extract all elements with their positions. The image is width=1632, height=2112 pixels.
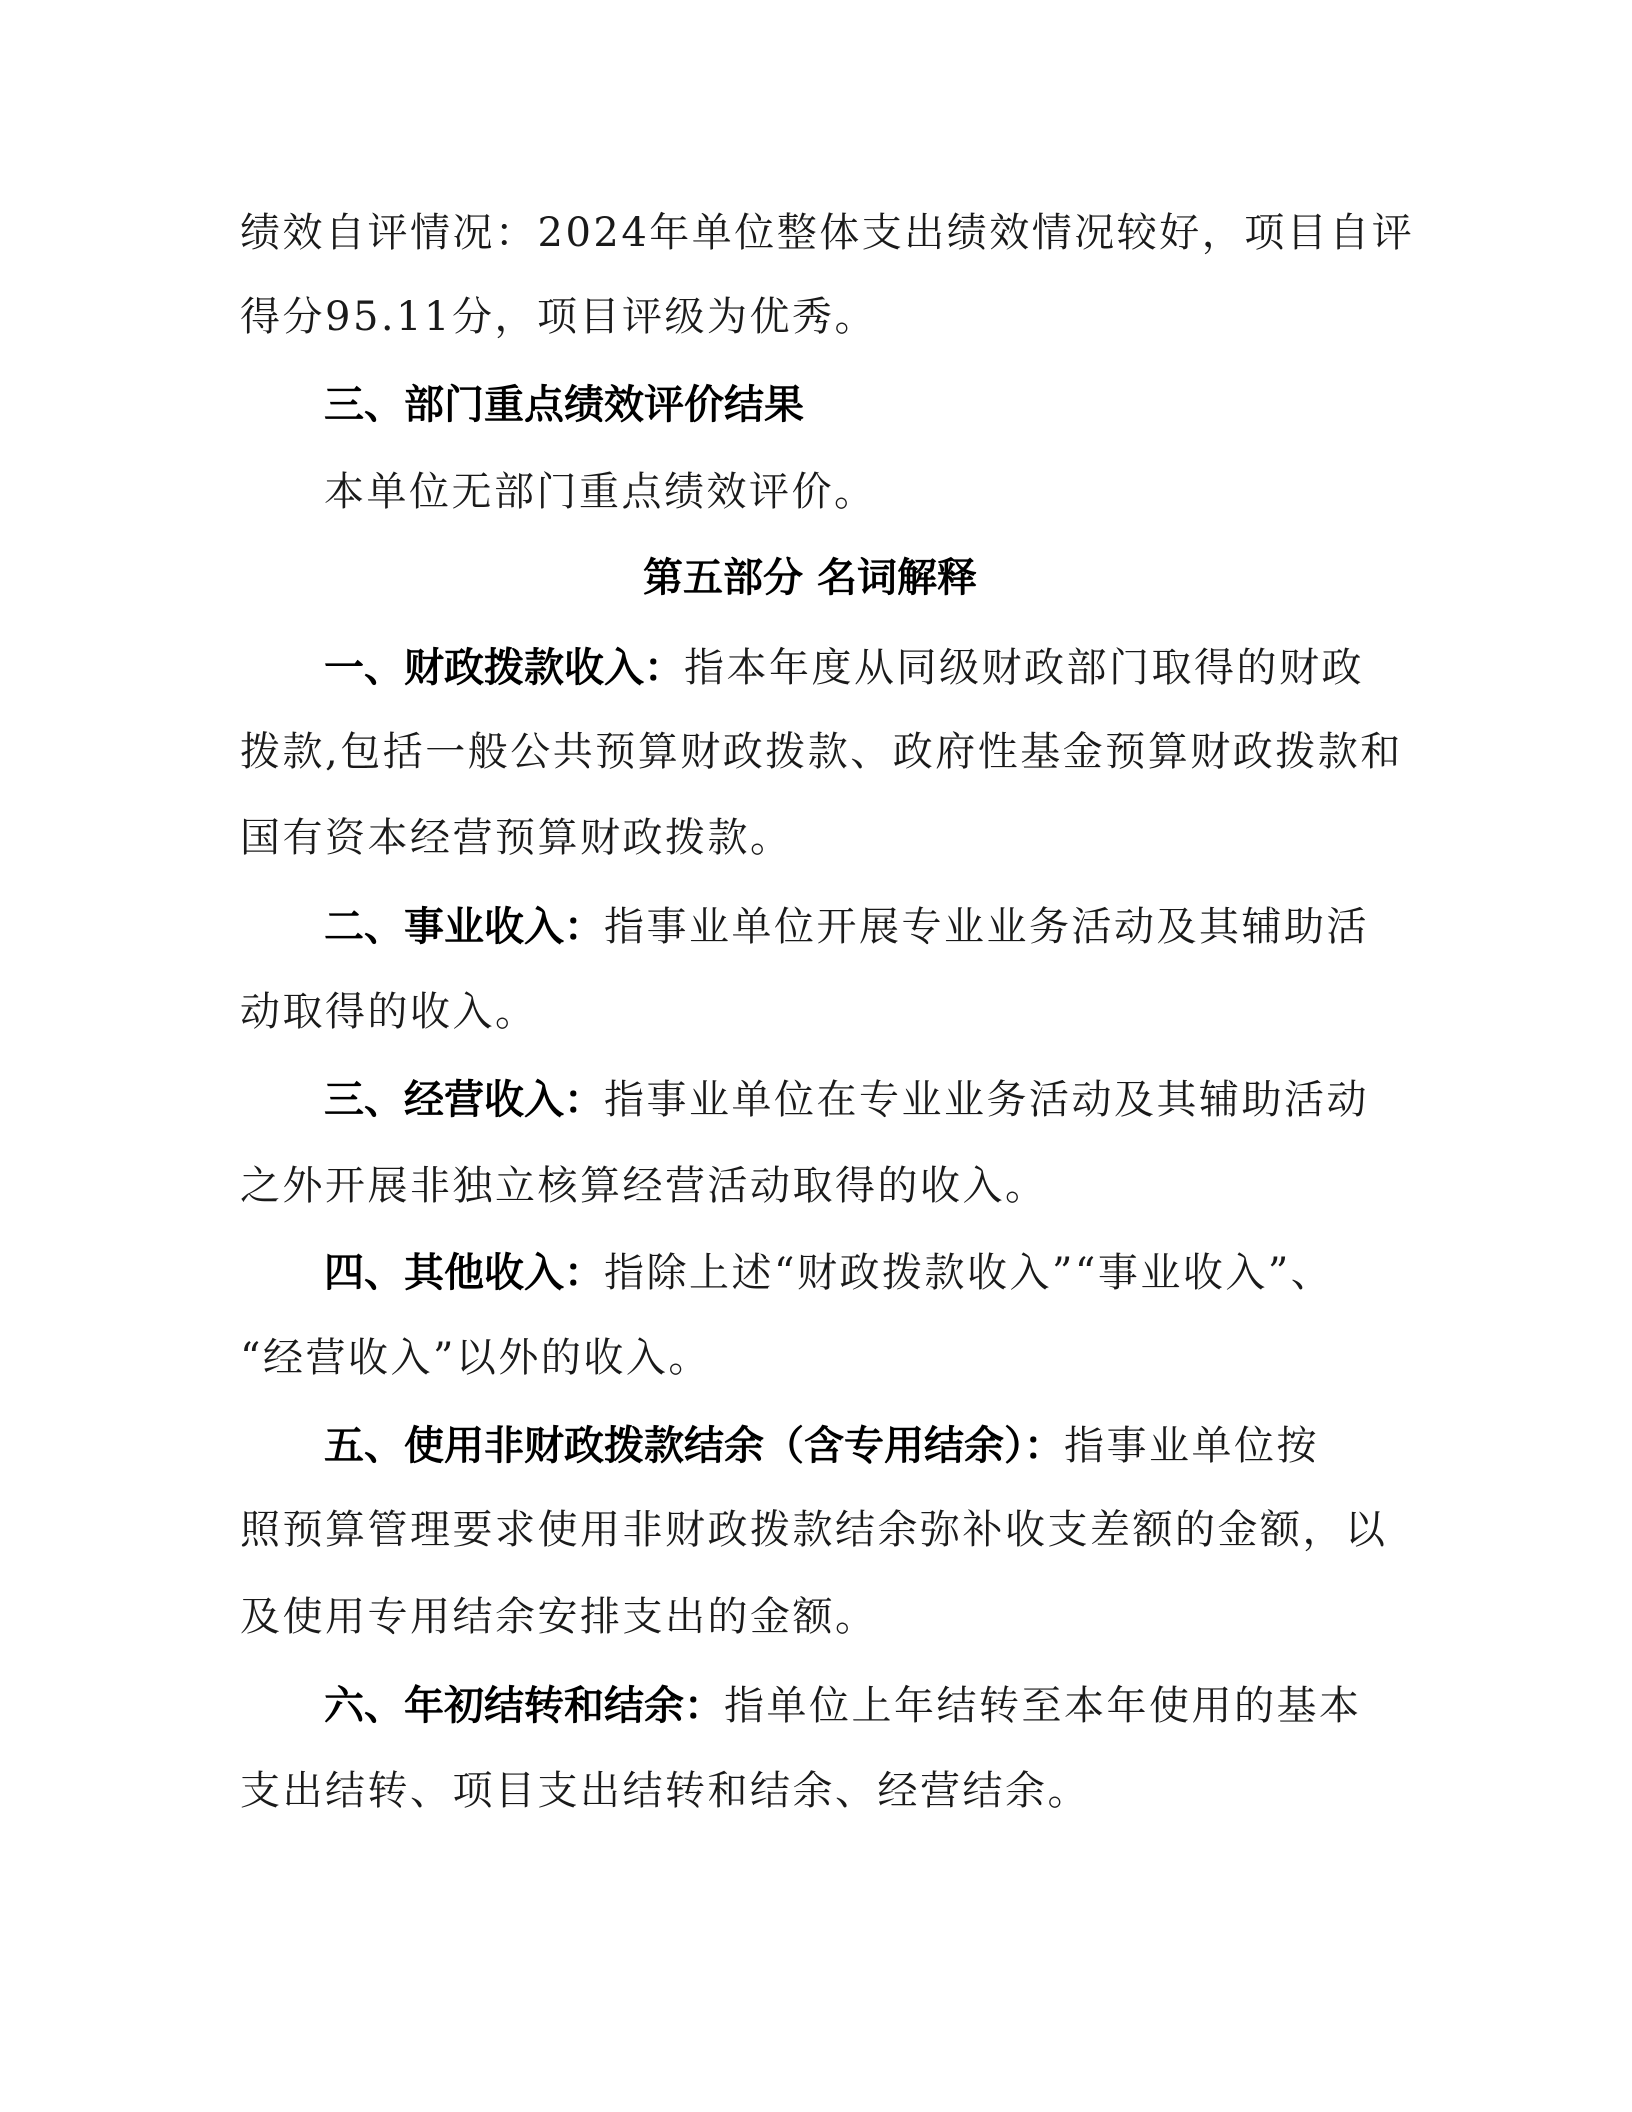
section-3-body: 本单位无部门重点绩效评价。 bbox=[324, 464, 877, 520]
term-text: 指除上述“财政拨款收入”“事业收入”、 bbox=[604, 1250, 1333, 1296]
term-item-5-line-3: 及使用专用结余安排支出的金额。 bbox=[240, 1589, 878, 1645]
term-text: 指事业单位在专业业务活动及其辅助活动 bbox=[604, 1077, 1369, 1123]
term-item-1-line-2: 拨款,包括一般公共预算财政拨款、政府性基金预算财政拨款和 bbox=[240, 724, 1380, 780]
term-item-3: 三、经营收入：指事业单位在专业业务活动及其辅助活动 bbox=[324, 1072, 1369, 1128]
term-item-1: 一、财政拨款收入：指本年度从同级财政部门取得的财政 bbox=[324, 640, 1364, 696]
term-label: 六、年初结转和结余： bbox=[324, 1683, 724, 1729]
section-3-heading: 三、部门重点绩效评价结果 bbox=[324, 377, 804, 433]
term-text: 指本年度从同级财政部门取得的财政 bbox=[684, 645, 1364, 691]
term-item-2-line-2: 动取得的收入。 bbox=[240, 984, 538, 1040]
term-item-2: 二、事业收入：指事业单位开展专业业务活动及其辅助活 bbox=[324, 899, 1369, 955]
term-label: 二、事业收入： bbox=[324, 904, 604, 950]
term-item-5-line-2: 照预算管理要求使用非财政拨款结余弥补收支差额的金额，以 bbox=[240, 1502, 1380, 1558]
self-eval-line-1: 绩效自评情况：2024年单位整体支出绩效情况较好，项目自评 bbox=[240, 205, 1380, 261]
term-item-1-line-3: 国有资本经营预算财政拨款。 bbox=[240, 810, 793, 866]
term-item-6-line-2: 支出结转、项目支出结转和结余、经营结余。 bbox=[240, 1763, 1090, 1819]
term-item-4: 四、其他收入：指除上述“财政拨款收入”“事业收入”、 bbox=[324, 1245, 1333, 1301]
term-item-5: 五、使用非财政拨款结余（含专用结余）：指事业单位按 bbox=[324, 1418, 1319, 1474]
self-eval-line-2: 得分95.11分，项目评级为优秀。 bbox=[240, 289, 877, 345]
part-5-title: 第五部分 名词解释 bbox=[240, 550, 1380, 606]
term-label: 四、其他收入： bbox=[324, 1250, 604, 1296]
term-text: 指事业单位按 bbox=[1064, 1423, 1319, 1469]
term-item-4-line-2: “经营收入”以外的收入。 bbox=[240, 1330, 711, 1386]
term-label: 三、经营收入： bbox=[324, 1077, 604, 1123]
term-text: 指事业单位开展专业业务活动及其辅助活 bbox=[604, 904, 1369, 950]
term-text: 指单位上年结转至本年使用的基本 bbox=[724, 1683, 1362, 1729]
term-item-3-line-2: 之外开展非独立核算经营活动取得的收入。 bbox=[240, 1158, 1048, 1214]
term-item-6: 六、年初结转和结余：指单位上年结转至本年使用的基本 bbox=[324, 1678, 1362, 1734]
term-label: 五、使用非财政拨款结余（含专用结余）： bbox=[324, 1423, 1064, 1469]
term-label: 一、财政拨款收入： bbox=[324, 645, 684, 691]
